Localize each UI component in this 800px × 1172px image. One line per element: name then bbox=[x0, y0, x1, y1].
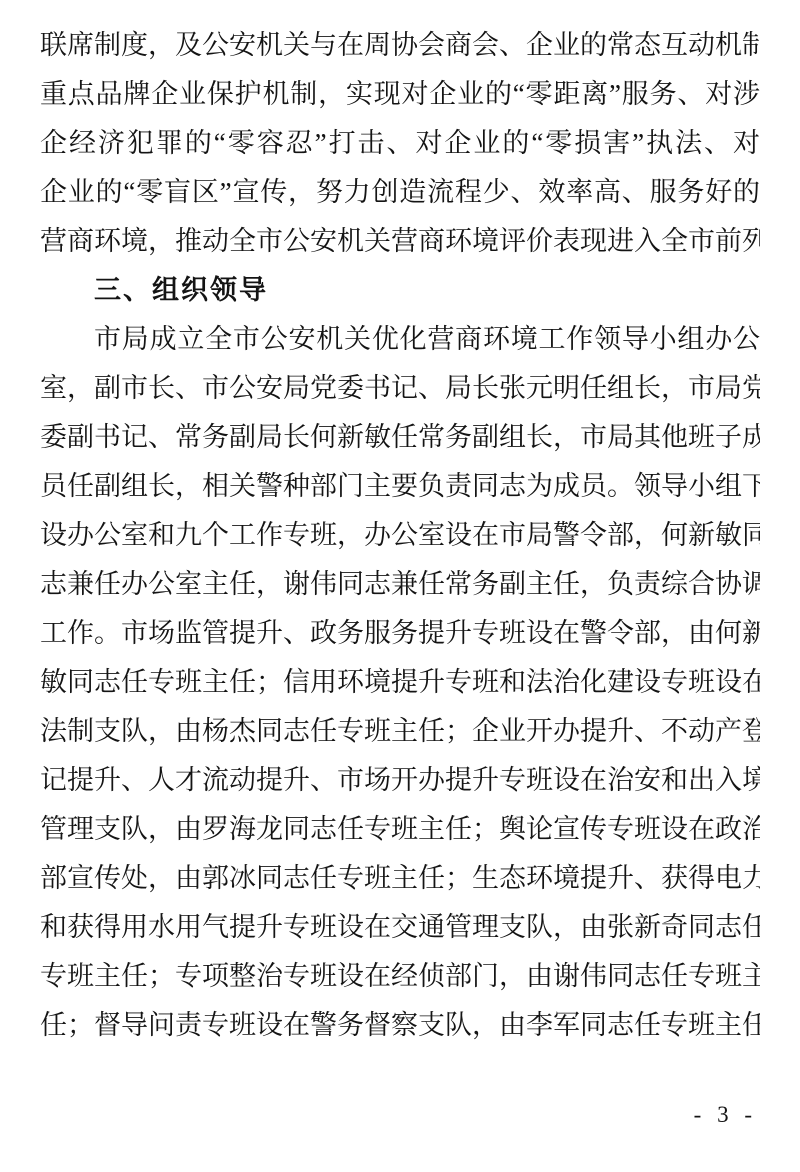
document-page: 联席制度，及公安机关与在周协会商会、企业的常态互动机制,重点品牌企业保护机制，实… bbox=[0, 0, 800, 1172]
text-line: 部宣传处，由郭冰同志任专班主任；生态环境提升、获得电力 bbox=[40, 854, 760, 903]
section-heading: 三、组织领导 bbox=[40, 266, 760, 315]
text-line: 企经济犯罪的“零容忍”打击、对企业的“零损害”执法、对 bbox=[40, 119, 760, 168]
text-line: 员任副组长，相关警种部门主要负责同志为成员。领导小组下 bbox=[40, 462, 760, 511]
text-line: 联席制度，及公安机关与在周协会商会、企业的常态互动机制, bbox=[40, 21, 760, 70]
text-line: 设办公室和九个工作专班，办公室设在市局警令部，何新敏同 bbox=[40, 511, 760, 560]
text-line: 委副书记、常务副局长何新敏任常务副组长，市局其他班子成 bbox=[40, 413, 760, 462]
text-line: 记提升、人才流动提升、市场开办提升专班设在治安和出入境 bbox=[40, 756, 760, 805]
text-line: 志兼任办公室主任，谢伟同志兼任常务副主任，负责综合协调 bbox=[40, 560, 760, 609]
text-line: 管理支队，由罗海龙同志任专班主任；舆论宣传专班设在政治 bbox=[40, 805, 760, 854]
paragraph-continuation: 联席制度，及公安机关与在周协会商会、企业的常态互动机制,重点品牌企业保护机制，实… bbox=[40, 21, 760, 266]
page-number: - 3 - bbox=[694, 1098, 757, 1132]
text-line: 营商环境，推动全市公安机关营商环境评价表现进入全市前列。 bbox=[40, 217, 760, 266]
document-content: 联席制度，及公安机关与在周协会商会、企业的常态互动机制,重点品牌企业保护机制，实… bbox=[40, 21, 760, 1050]
text-line: 敏同志任专班主任；信用环境提升专班和法治化建设专班设在 bbox=[40, 658, 760, 707]
text-line: 重点品牌企业保护机制，实现对企业的“零距离”服务、对涉 bbox=[40, 70, 760, 119]
text-line: 企业的“零盲区”宣传，努力创造流程少、效率高、服务好的 bbox=[40, 168, 760, 217]
text-line: 法制支队，由杨杰同志任专班主任；企业开办提升、不动产登 bbox=[40, 707, 760, 756]
text-line: 市局成立全市公安机关优化营商环境工作领导小组办公 bbox=[40, 315, 760, 364]
text-line: 和获得用水用气提升专班设在交通管理支队，由张新奇同志任 bbox=[40, 903, 760, 952]
text-line: 专班主任；专项整治专班设在经侦部门，由谢伟同志任专班主 bbox=[40, 952, 760, 1001]
text-line: 工作。市场监管提升、政务服务提升专班设在警令部，由何新 bbox=[40, 609, 760, 658]
text-line: 室，副市长、市公安局党委书记、局长张元明任组长，市局党 bbox=[40, 364, 760, 413]
text-line: 任；督导问责专班设在警务督察支队，由李军同志任专班主任; bbox=[40, 1001, 760, 1050]
paragraph-organization-leadership: 市局成立全市公安机关优化营商环境工作领导小组办公室，副市长、市公安局党委书记、局… bbox=[40, 315, 760, 1050]
